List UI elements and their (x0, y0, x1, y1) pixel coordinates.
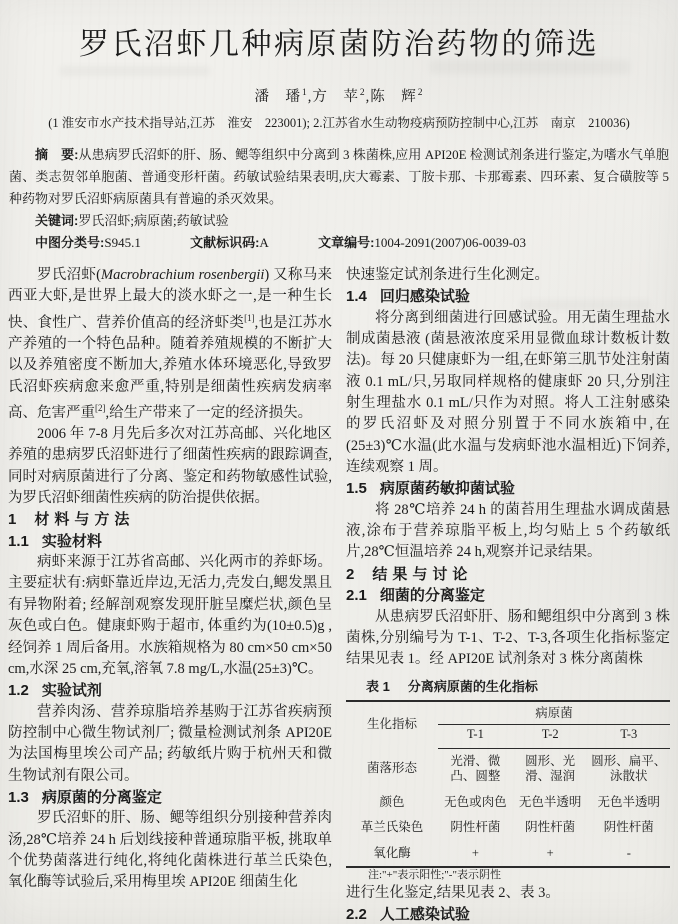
background-paragraph: 2006 年 7-8 月先后多次对江苏高邮、兴化地区养殖的患病罗氏沼虾进行了细菌… (8, 424, 332, 509)
abstract-label: 摘 要: (35, 147, 79, 162)
cell: 无色或肉色 (438, 790, 513, 816)
identification-paragraph: 从患病罗氏沼虾肝、肠和鳃组织中分离到 3 株菌株,分别编号为 T-1、T-2、T… (346, 607, 670, 671)
section-heading-2-2: 2.2人工感染试验 (346, 904, 670, 924)
cell: 圆形、光滑、湿润 (513, 748, 588, 790)
drug-sensitivity-paragraph: 将 28℃培养 24 h 的菌苔用生理盐水调成菌悬液,涂布于营养琼脂平板上,均匀… (346, 500, 670, 564)
table-row: 菌落形态 光滑、微凸、圆整 圆形、光滑、湿润 圆形、扁平、泳散状 (346, 748, 670, 790)
article-id: 文章编号:1004-2091(2007)06-0039-03 (318, 235, 526, 250)
scan-artifact (60, 66, 210, 76)
isolation-paragraph-continued: 快速鉴定试剂条进行生化测定。 (346, 265, 670, 286)
section-heading-1-1: 1.1实验材料 (8, 531, 332, 552)
row-label: 菌落形态 (346, 748, 438, 790)
section-heading-1-3: 1.3病原菌的分离鉴定 (8, 787, 332, 808)
table-row: 颜色 无色或肉色 无色半透明 无色半透明 (346, 790, 670, 816)
section-heading-1: 1材料与方法 (8, 509, 332, 530)
section-heading-1-4: 1.4回归感染试验 (346, 286, 670, 307)
cell: 光滑、微凸、圆整 (438, 748, 513, 790)
isolation-paragraph: 罗氏沼虾的肝、肠、鳃等组织分别接种营养肉汤,28℃培养 24 h 后划线接种普通… (8, 808, 332, 893)
table-row: 氧化酶 + + - (346, 841, 670, 868)
section-heading-1-2: 1.2实验试剂 (8, 680, 332, 701)
author-name: 陈 辉2 (370, 89, 423, 105)
table-row: 革兰氏染色 阴性杆菌 阴性杆菌 阴性杆菌 (346, 815, 670, 841)
section-heading-2: 2结果与讨论 (346, 564, 670, 585)
identification-paragraph-continued: 进行生化鉴定,结果见表 2、表 3。 (346, 883, 670, 904)
table-1: 生化指标 病原菌 T-1 T-2 T-3 菌落形态 光滑、微凸、圆整 圆形、光滑… (346, 700, 670, 869)
affiliation-line: (1 淮安市水产技术指导站,江苏 淮安 223001); 2.江苏省水生动物疫病… (0, 113, 678, 131)
abstract-text: 从患病罗氏沼虾的肝、肠、鳃等组织中分离到 3 株菌株,应用 API20E 检测试… (9, 147, 669, 206)
keywords: 关键词:罗氏沼虾;病原菌;药敏试验 (9, 210, 669, 232)
table-column-group-header: 病原菌 (438, 701, 670, 725)
left-column: 罗氏沼虾(Macrobrachium rosenbergii) 又称马来西亚大虾… (8, 265, 332, 924)
species-latin-name: Macrobrachium rosenbergii (101, 267, 264, 283)
citation-ref-2: [2] (95, 403, 106, 413)
cell: - (588, 841, 670, 868)
table-row-header: 生化指标 (346, 701, 438, 749)
cell: 阴性杆菌 (513, 815, 588, 841)
classification-line: 中图分类号:S945.1 文献标识码:A 文章编号:1004-2091(2007… (9, 232, 669, 254)
cell: 阴性杆菌 (438, 815, 513, 841)
cell: + (438, 841, 513, 868)
materials-paragraph: 病虾来源于江苏省高邮、兴化两市的养虾场。主要症状有:病虾靠近岸边,无活力,壳发白… (8, 552, 332, 680)
reagents-paragraph: 营养肉汤、营养琼脂培养基购于江苏省疾病预防控制中心微生物试剂厂; 微量检测试剂条… (8, 702, 332, 787)
infection-test-paragraph: 将分离到细菌进行回感试验。用无菌生理盐水制成菌悬液 (菌悬液浓度采用显微血球计数… (346, 308, 670, 479)
row-label: 革兰氏染色 (346, 815, 438, 841)
keywords-text: 罗氏沼虾;病原菌;药敏试验 (78, 213, 228, 228)
clc-number: 中图分类号:S945.1 (35, 235, 141, 250)
table-1-note: 注:"+"表示阳性;"-"表示阴性 (346, 868, 670, 883)
row-label: 颜色 (346, 790, 438, 816)
table-col-t2: T-2 (513, 725, 588, 749)
document-code: 文献标识码:A (190, 235, 269, 250)
article-meta: 摘 要:从患病罗氏沼虾的肝、肠、鳃等组织中分离到 3 株菌株,应用 API20E… (9, 144, 669, 254)
section-heading-2-1: 2.1细菌的分离鉴定 (346, 585, 670, 606)
table-col-t3: T-3 (588, 725, 670, 749)
authors-line: 潘 璠1,方 苹2,陈 辉2 (0, 85, 678, 106)
cell: 无色半透明 (588, 790, 670, 816)
table-1-title: 表 1分离病原菌的生化指标 (366, 678, 670, 695)
cell: 无色半透明 (513, 790, 588, 816)
page-title: 罗氏沼虾几种病原菌防治药物的筛选 (8, 27, 670, 63)
abstract: 摘 要:从患病罗氏沼虾的肝、肠、鳃等组织中分离到 3 株菌株,应用 API20E… (9, 144, 669, 210)
table-col-t1: T-1 (438, 725, 513, 749)
right-column: 快速鉴定试剂条进行生化测定。 1.4回归感染试验 将分离到细菌进行回感试验。用无… (346, 265, 670, 924)
author-name: 方 苹2, (312, 89, 370, 105)
author-affil-mark: 2 (418, 88, 424, 98)
cell: + (513, 841, 588, 868)
row-label: 氧化酶 (346, 841, 438, 868)
cell: 圆形、扁平、泳散状 (588, 748, 670, 790)
table-group-header-row: 生化指标 病原菌 (346, 701, 670, 725)
body-columns: 罗氏沼虾(Macrobrachium rosenbergii) 又称马来西亚大虾… (8, 265, 670, 924)
author-name: 潘 璠1, (255, 89, 313, 105)
citation-ref-1: [1] (244, 313, 255, 323)
section-heading-1-5: 1.5病原菌药敏抑菌试验 (346, 478, 670, 499)
intro-paragraph: 罗氏沼虾(Macrobrachium rosenbergii) 又称马来西亚大虾… (8, 265, 332, 424)
keywords-label: 关键词: (35, 213, 78, 228)
cell: 阴性杆菌 (588, 815, 670, 841)
paper-page: 罗氏沼虾几种病原菌防治药物的筛选 潘 璠1,方 苹2,陈 辉2 (1 淮安市水产… (0, 0, 678, 924)
table-1-block: 表 1分离病原菌的生化指标 生化指标 病原菌 T-1 T-2 T-3 (346, 678, 670, 884)
